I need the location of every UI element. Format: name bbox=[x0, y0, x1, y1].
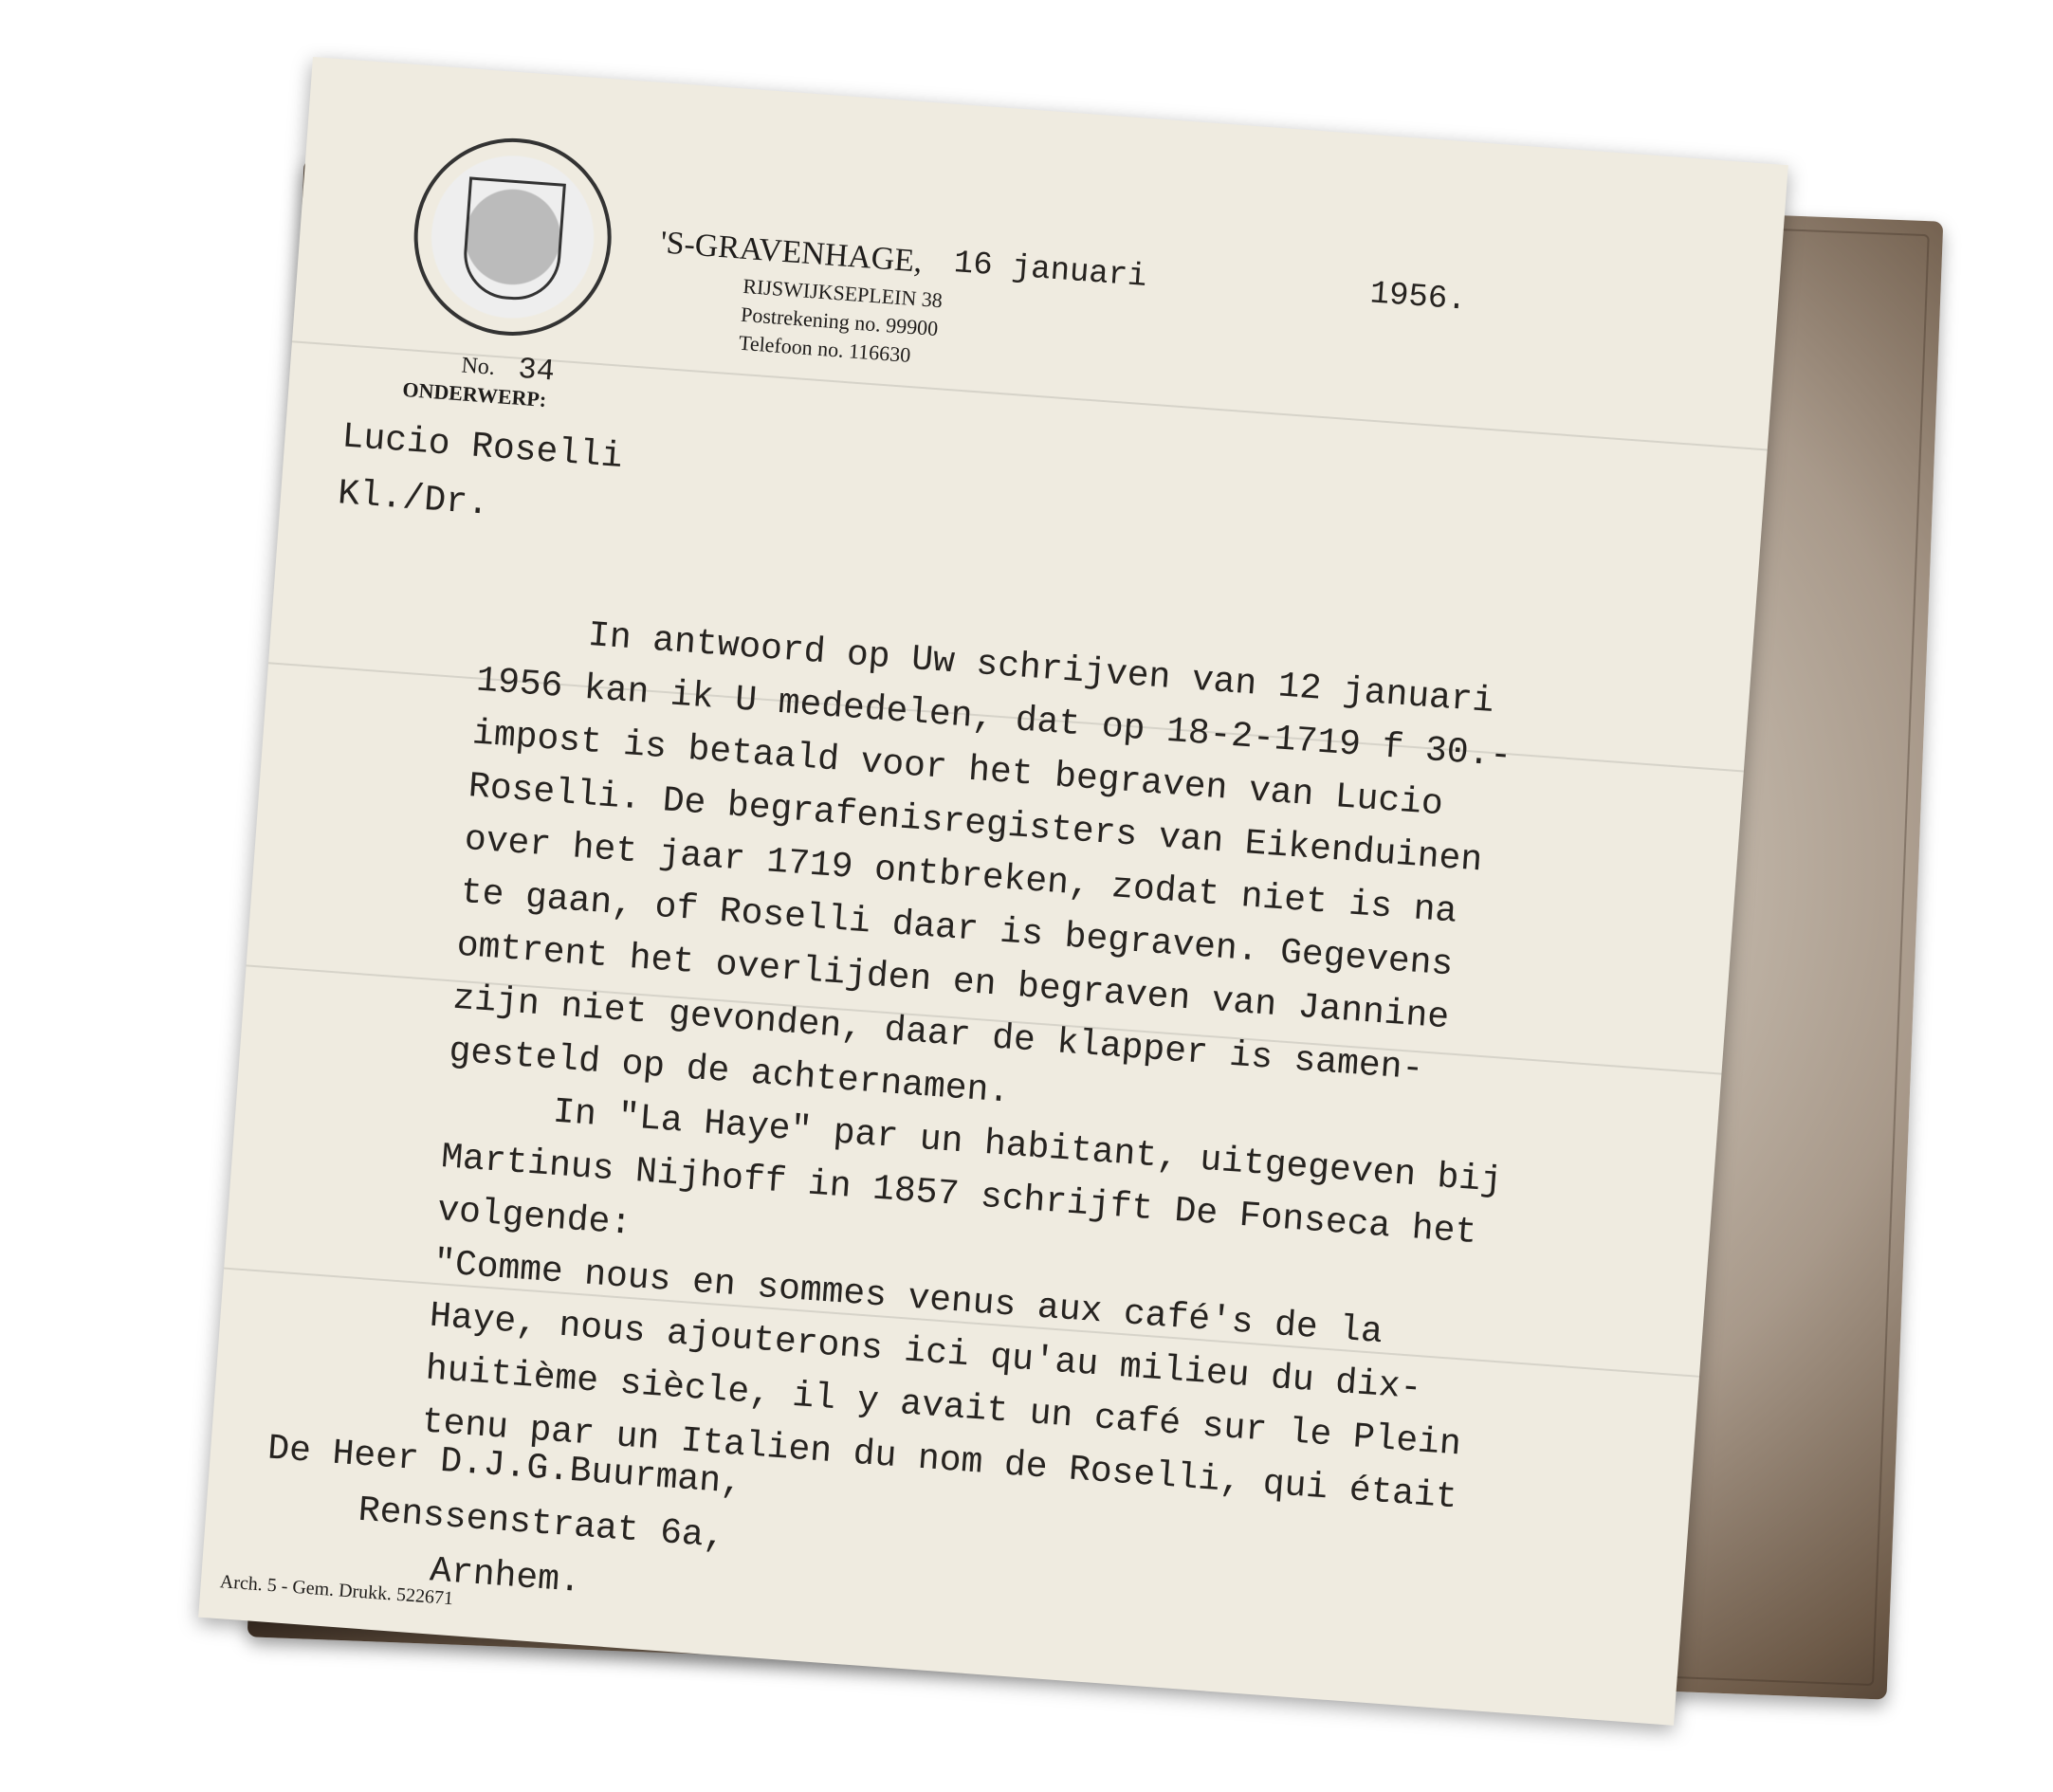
subject-line: Kl./Dr. bbox=[336, 467, 490, 532]
print-footer: Arch. 5 - Gem. Drukk. 522671 bbox=[219, 1571, 454, 1610]
number-label: No. bbox=[461, 353, 496, 381]
letter-date: 16 januari bbox=[952, 237, 1149, 304]
letter-year: 1956. bbox=[1368, 267, 1469, 327]
municipal-seal-icon bbox=[407, 132, 618, 343]
letterhead-city: 'S-GRAVENHAGE, bbox=[659, 225, 924, 280]
letter-sheet: 'S-GRAVENHAGE, RIJSWIJKSEPLEIN 38 Postre… bbox=[198, 57, 1788, 1726]
